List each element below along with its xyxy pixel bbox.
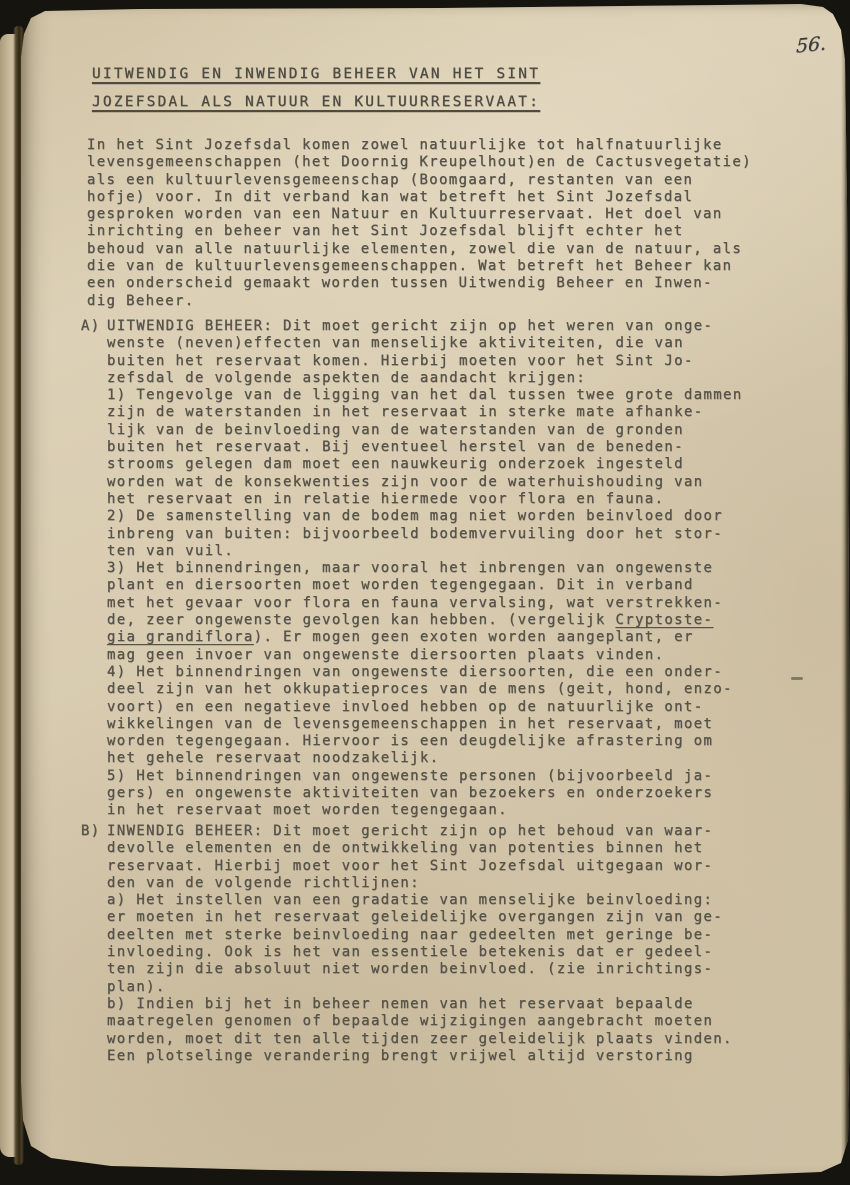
section-label: A) [81, 318, 101, 334]
text-line: inbreng van buiten: bijvoorbeeld bodemve… [107, 526, 743, 543]
document-page: 56. UITWENDIG EN INWENDIG BEHEER VAN HET… [21, 0, 850, 1185]
text-line: buiten het reservaat komen. Hierbij moet… [107, 353, 743, 370]
text-line: UITWENDIG EN INWENDIG BEHEER VAN HET SIN… [92, 60, 540, 88]
text-line: in het reservaat moet worden tegengegaan… [107, 802, 743, 819]
section-inwendig-beheer: B) INWENDIG BEHEER: Dit moet gericht zij… [107, 823, 733, 1065]
text-line: deelten met sterke beinvloeding naar ged… [107, 927, 733, 944]
text-line: mag geen invoer van ongewenste diersoort… [107, 647, 743, 664]
text-line: gers) en ongewenste aktiviteiten van bez… [107, 785, 743, 802]
text-line: maatregelen genomen of bepaalde wijzigin… [107, 1013, 733, 1030]
text-line: invloeding. Ook is het van essentiele be… [107, 944, 733, 961]
text-line: ten van vuil. [107, 543, 743, 560]
text-line: wenste (neven)effecten van menselijke ak… [107, 335, 743, 352]
text-line: behoud van alle natuurlijke elementen, z… [87, 241, 752, 258]
text-line: worden tegengegaan. Hiervoor is een deug… [107, 733, 743, 750]
text-line: zefsdal de volgende aspekten de aandacht… [107, 370, 743, 387]
text-line: die van de kultuurlevensgemeenschappen. … [87, 258, 752, 275]
text-line: 1) Tengevolge van de ligging van het dal… [107, 387, 743, 404]
text-line: 4) Het binnendringen van ongewenste dier… [107, 664, 743, 681]
text-line: er moeten in het reservaat geleidelijke … [107, 909, 733, 926]
text-line: UITWENDIG BEHEER: Dit moet gericht zijn … [107, 318, 743, 335]
text-line: devolle elementen en de ontwikkeling van… [107, 840, 733, 857]
text-line: lijk van de beinvloeding van de watersta… [107, 422, 743, 439]
section-uitwendig-beheer: A) UITWENDIG BEHEER: Dit moet gericht zi… [107, 318, 743, 820]
text-line: het gehele reservaat noodzakelijk. [107, 750, 743, 767]
text-line: hofje) voor. In dit verband kan wat betr… [87, 189, 752, 206]
text-line: plan). [107, 979, 733, 996]
text-line: 5) Het binnendringen van ongewenste pers… [107, 768, 743, 785]
text-line: dig Beheer. [87, 293, 752, 310]
text-line: zijn de waterstanden in het reservaat in… [107, 404, 743, 421]
intro-paragraph: In het Sint Jozefsdal komen zowel natuur… [87, 137, 752, 310]
text-line: met het gevaar voor flora en fauna verva… [107, 595, 743, 612]
text-line: 3) Het binnendringen, maar vooral het in… [107, 560, 743, 577]
page-right-edge [841, 22, 850, 1173]
text-line: reservaat. Hierbij moet voor het Sint Jo… [107, 858, 733, 875]
text-line: In het Sint Jozefsdal komen zowel natuur… [87, 137, 752, 154]
text-line: wikkelingen van de levensgemeenschappen … [107, 716, 743, 733]
text-line: inrichting en beheer van het Sint Jozefs… [87, 223, 752, 240]
text-line: b) Indien bij het in beheer nemen van he… [107, 996, 733, 1013]
section-lines: UITWENDIG BEHEER: Dit moet gericht zijn … [107, 318, 743, 820]
text-line: worden, moet dit ten alle tijden zeer ge… [107, 1031, 733, 1048]
text-line: den van de volgende richtlijnen: [107, 875, 733, 892]
pencil-stray-mark [791, 677, 803, 680]
text-line: het reservaat en in relatie hiermede voo… [107, 491, 743, 508]
text-line: 2) De samenstelling van de bodem mag nie… [107, 508, 743, 525]
text-line: voort) en een negatieve invloed hebben o… [107, 699, 743, 716]
text-line: ten zijn die absoluut niet worden beinvl… [107, 961, 733, 978]
text-line: JOZEFSDAL ALS NATUUR EN KULTUURRESERVAAT… [92, 88, 540, 116]
text-line: a) Het instellen van een gradatie van me… [107, 892, 733, 909]
text-line: deel zijn van het okkupatieproces van de… [107, 681, 743, 698]
text-line: levensgemeenschappen (het Doornig Kreupe… [87, 154, 752, 171]
text-line: Een plotselinge verandering brengt vrijw… [107, 1048, 733, 1065]
text-line: worden wat de konsekwenties zijn voor de… [107, 474, 743, 491]
text-line: als een kultuurlevensgemeenschap (Boomga… [87, 172, 752, 189]
text-line: INWENDIG BEHEER: Dit moet gericht zijn o… [107, 823, 733, 840]
text-line: de, zeer ongewenste gevolgen kan hebben.… [107, 612, 743, 629]
text-line: gesproken worden van een Natuur en Kultu… [87, 206, 752, 223]
text-line: plant en diersoorten moet worden tegenge… [107, 577, 743, 594]
text-line: gia grandiflora). Er mogen geen exoten w… [107, 629, 743, 646]
page-number: 56. [796, 32, 827, 57]
text-line: een onderscheid gemaakt worden tussen Ui… [87, 275, 752, 292]
text-line: strooms gelegen dam moet een nauwkeurig … [107, 456, 743, 473]
section-label: B) [81, 823, 101, 839]
section-lines: INWENDIG BEHEER: Dit moet gericht zijn o… [107, 823, 733, 1065]
text-line: buiten het reservaat. Bij eventueel hers… [107, 439, 743, 456]
scanned-document: 56. UITWENDIG EN INWENDIG BEHEER VAN HET… [0, 0, 850, 1185]
document-heading: UITWENDIG EN INWENDIG BEHEER VAN HET SIN… [92, 60, 540, 116]
